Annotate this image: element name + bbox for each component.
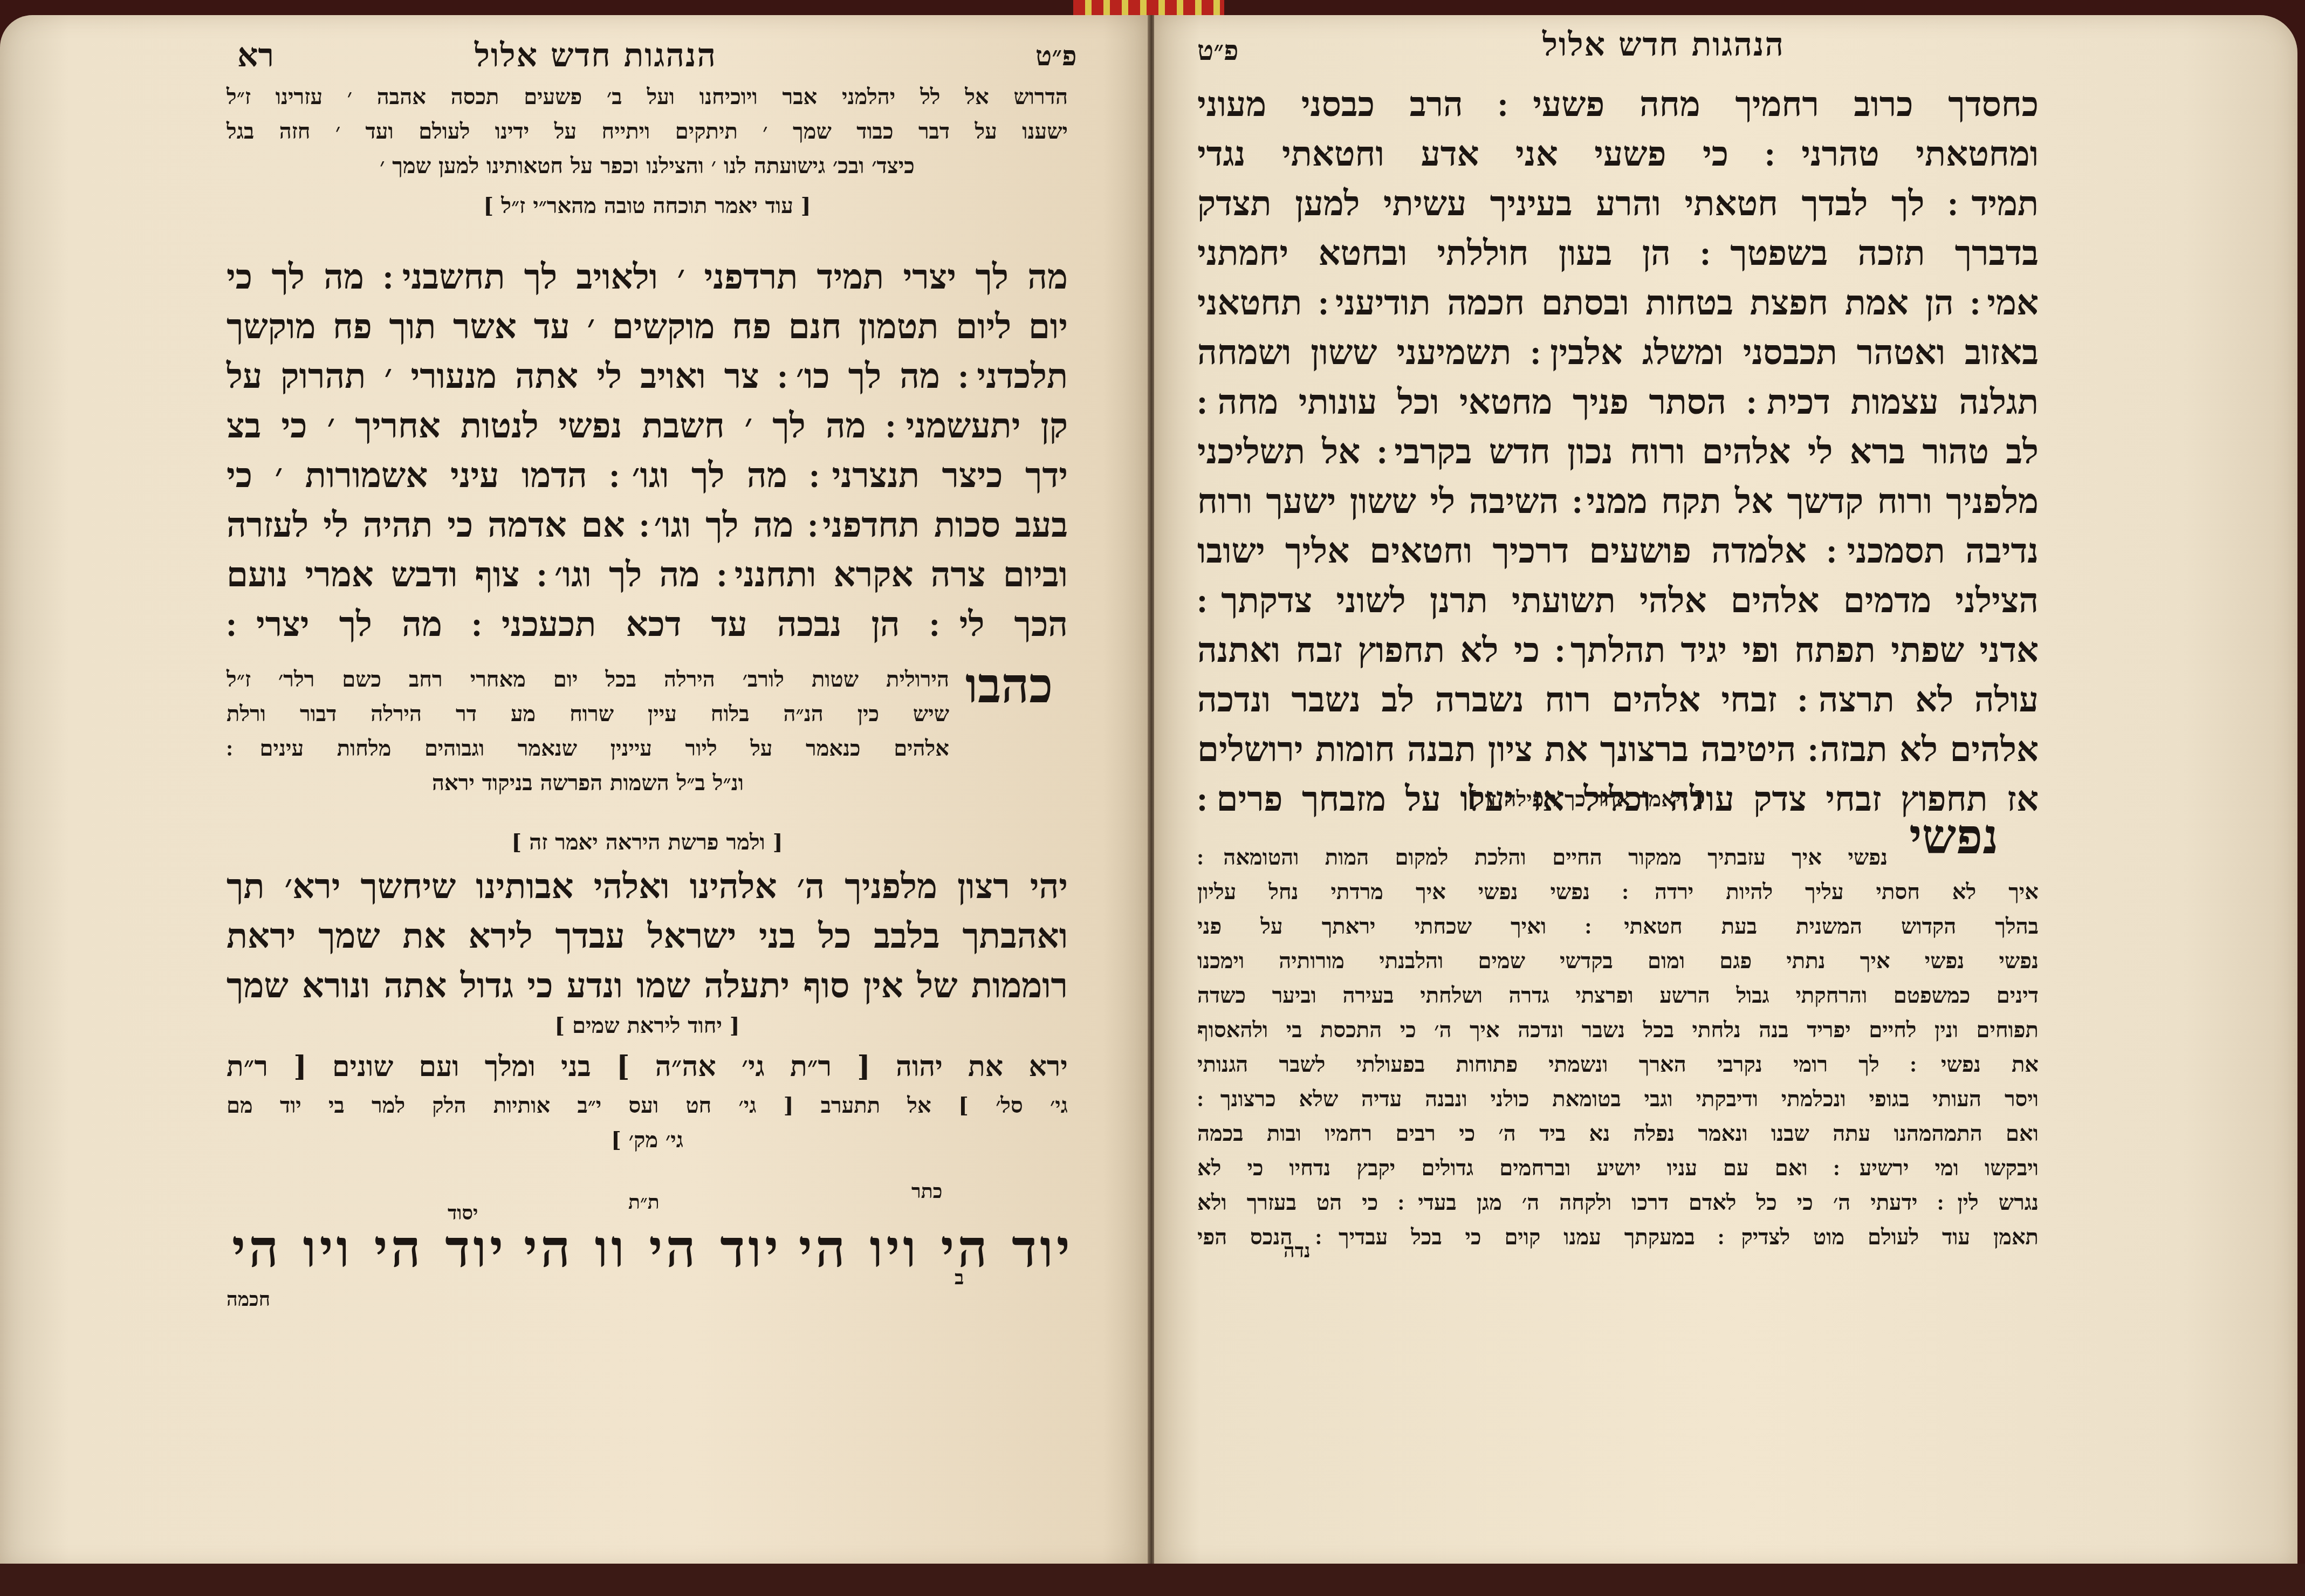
small-line: נגרש לין ׃ ידעתי ה׳ כי כל לאדם דרכו ולקח… [1197, 1186, 2039, 1220]
left-main-text: מה לך יצרי תמיד תרדפני ׳ ולאויב לך תחשבנ… [227, 252, 1068, 649]
small-line: ויבקשו ומי ירשיע ׃ ואם עם עניו יושיע ובר… [1197, 1151, 2039, 1186]
book-cover-edge [0, 1564, 2305, 1596]
text-line: כחסדך כרוב רחמיך מחה פשעי ׃ הרב כבסני מע… [1197, 80, 2039, 129]
unity-line: גי׳ מק׳ ] [227, 1123, 1068, 1157]
text-line: אדני שפתי תפתח ופי יגיד תהלתך ׃ כי לא תח… [1197, 626, 2039, 675]
divine-name: יוד הי ויו הי [232, 1218, 506, 1279]
right-page: פ״ט הנהגות חדש אלול כחסדך כרוב רחמיך מחה… [1154, 15, 2297, 1568]
small-line: תפוחים ונין לחיים יפריד בנה נלחתי בכל נש… [1197, 1013, 2039, 1047]
left-unity-caption: [ יחוד ליראת שמים ] [227, 1013, 1068, 1038]
right-small-text: נפשי איך עזבתיך ממקור החיים והלכת למקום … [1197, 840, 2039, 1255]
left-prayer-text: יהי רצון מלפניך ה׳ אלהינו ואלהי אבותינו … [227, 862, 1068, 1011]
text-line: אלהים לא תבזה ׃ היטיבה ברצונך את ציון תב… [1197, 725, 2039, 775]
small-line: ואם התמהמהנו עתה שבנו ונאמר נפלה נא ביד … [1197, 1116, 2039, 1151]
text-line: בעב סכות תחדפני ׃ מה לך וגו׳ ׃ אם אדמה כ… [227, 501, 1068, 550]
text-line: לב טהור ברא לי אלהים ורוח נכון חדש בקרבי… [1197, 427, 2039, 477]
right-catchword: נדה [1284, 1239, 1311, 1262]
text-line: תגלנה עצמות דכית ׃ הסתר פניך מחטאי וכל ע… [1197, 378, 2039, 427]
text-line: מלפניך ורוח קדשך אל תקח ממני ׃ השיבה לי … [1197, 477, 2039, 526]
intro-line: ישענו על דבר כבוד שמך ׳ תיתקים ויתייח על… [227, 114, 1068, 149]
divine-names-row: יוד הי ויו הי יוד הי וו הי יוד הי ויו הי [232, 1218, 1073, 1279]
prayer-line: ואהבתך בלבב כל בני ישראל עבדך לירא את שמ… [227, 912, 1068, 961]
small-line: ויסר העותי בגופי ונכלמתי ודיבקתי וגבי בט… [1197, 1082, 2039, 1116]
small-line: בהלך הקדוש המשנית בעת חטאתי ׃ ואיך שכחתי… [1197, 909, 2039, 944]
small-line: את נפשי ׃ לך רומי נקרבי הארך ונשמתי פתוח… [1197, 1047, 2039, 1082]
text-line: עולה לא תרצה ׃ זבחי אלהים רוח נשברה לב נ… [1197, 675, 2039, 725]
text-line: קן יתעשמני ׃ מה לך ׳ חשבת נפשי לנטות אחר… [227, 401, 1068, 451]
text-line: הכך לי ׃ הן נבכה עד דכא תכעכני ׃ מה לך י… [227, 600, 1068, 649]
right-signature-mark: פ״ט [1197, 35, 1238, 66]
left-catchword: ב [955, 1266, 964, 1289]
commentary-line: שיש כין הנ״ה בלוח עיין שרוח מע דר הירלה … [227, 697, 949, 731]
text-line: באזוב ואטהר תכבסני ומשלג אלבין ׃ תשמיעני… [1197, 328, 2039, 378]
prayer-line: יהי רצון מלפניך ה׳ אלהינו ואלהי אבותינו … [227, 862, 1068, 912]
left-signature-mark: פ״ט [1035, 40, 1076, 72]
left-intro-block: הדרוש אל לל יהלמני אבר ויוכיחנו ועל ב׳ פ… [227, 80, 1068, 183]
unity-line: ירא את יהוה [ ר״ת גי׳ אה״ה ] בני ומלך וע… [227, 1045, 1068, 1088]
text-line: בדברך תזכה בשפטך ׃ הן בעון חוללתי ובחטא … [1197, 229, 2039, 278]
left-intro-caption: [ עוד יאמר תוכחה טובה מהאר״י ז״ל ] [227, 193, 1068, 218]
right-running-header: הנהגות חדש אלול [1542, 26, 1785, 64]
left-prayer-caption: [ ולמר פרשת היראה יאמר זה ] [227, 830, 1068, 855]
text-line: נדיבה תסמכני ׃ אלמדה פושעים דרכיך וחטאים… [1197, 526, 2039, 576]
commentary-line: ונ״ל ב״ל השמות הפרשה בניקוד יראה [227, 766, 949, 800]
text-line: יום ליום תטמון חנם פח מוקשים ׳ עד אשר תו… [227, 302, 1068, 352]
small-line: תאמן עוד לעולם מוט לצדיק ׃ במעקתך עמנו ק… [1197, 1220, 2039, 1255]
small-line: נפשי איך עזבתיך ממקור החיים והלכת למקום … [1197, 840, 2039, 875]
small-line: דינים כמשפטם והרחקתי גבול הרשע ופרצתי גד… [1197, 978, 2039, 1013]
text-line: ומחטאתי טהרני ׃ כי פשעי אני אדע וחטאתי נ… [1197, 129, 2039, 179]
left-unity-lines: ירא את יהוה [ ר״ת גי׳ אה״ה ] בני ומלך וע… [227, 1045, 1068, 1157]
text-line: תמיד ׃ לך לבדך חטאתי והרע בעיניך עשיתי ל… [1197, 179, 2039, 229]
left-page: הנהגות חדש אלול רא פ״ט הדרוש אל לל יהלמנ… [0, 15, 1149, 1568]
text-line: מה לך יצרי תמיד תרדפני ׳ ולאויב לך תחשבנ… [227, 252, 1068, 302]
text-line: אמי ׃ הן אמת חפצת בטחות ובסתם חכמה תודיע… [1197, 278, 2039, 328]
small-line: איך לא חסתי עליך להיות ירדה ׃ נפשי נפשי … [1197, 875, 2039, 909]
intro-line: הדרוש אל לל יהלמני אבר ויוכיחנו ועל ב׳ פ… [227, 80, 1068, 114]
text-line: תלכדני ׃ מה לך כו׳ ׃ צר ואויב לי אתה מנע… [227, 352, 1068, 401]
small-line: נפשי נפשי איך נתתי פגם ומום בקדשי שמים ו… [1197, 944, 2039, 978]
commentary-line: הירולית שטות לורב׳ הירלה בכל יום מאחרי ר… [227, 662, 949, 697]
left-commentary: הירולית שטות לורב׳ הירלה בכל יום מאחרי ר… [227, 662, 949, 800]
left-initial-word: כהבו [965, 657, 1053, 714]
right-caption: [ ויאמר אחר כך תפילה זו ] [1316, 786, 1855, 812]
text-line: הצילני מדמים אלהים אלהי תשועתי תרנן לשונ… [1197, 576, 2039, 626]
unity-line: גי׳ סל׳ ] אל תתערב [ גי׳ חט ועס י״ב אותי… [227, 1088, 1068, 1123]
text-line: ידך כיצר תנצרני ׃ מה לך וגו׳ ׃ הדמו עיני… [227, 451, 1068, 501]
prayer-line: רוממות של אין סוף יתעלה שמו ונדע כי גדול… [227, 961, 1068, 1011]
right-main-text: כחסדך כרוב רחמיך מחה פשעי ׃ הרב כבסני מע… [1197, 80, 2039, 824]
divine-name: יוד הי ויו הי [799, 1218, 1073, 1279]
text-line: וביום צרה אקרא ותחנני ׃ מה לך וגו׳ ׃ צוף… [227, 550, 1068, 600]
commentary-line: אלהים כנאמר על ליור עיינין שנאמר וגבוהים… [227, 731, 949, 766]
left-running-header: הנהגות חדש אלול [475, 37, 717, 74]
divine-name: יוד הי וו הי [524, 1218, 781, 1279]
sefira-tiferet-label: ת״ת [628, 1191, 660, 1214]
intro-line: כיצד׳ ובכ׳ גישועתה לנו ׳ והצילנו וכפר על… [227, 149, 1068, 183]
sefira-keter-label: כתר [911, 1180, 942, 1203]
sefira-chochma-label: חכמה [227, 1288, 270, 1311]
left-folio-number: רא [237, 37, 274, 74]
